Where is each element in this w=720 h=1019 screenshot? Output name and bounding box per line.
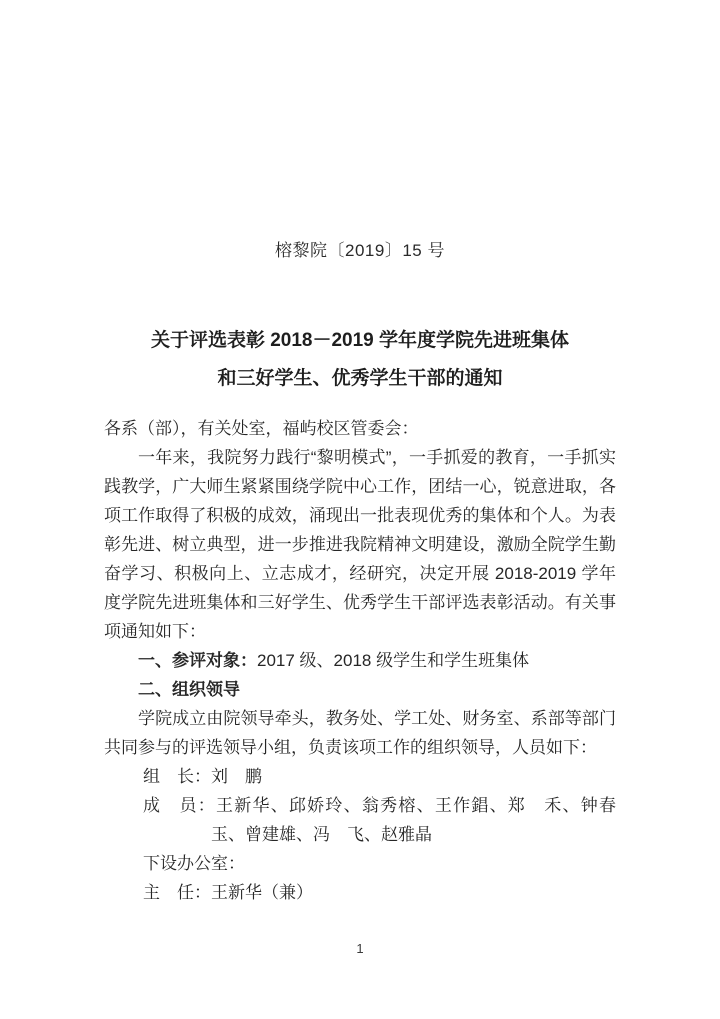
- director-name: 王新华（兼）: [211, 883, 313, 902]
- section-2-heading: 二、组织领导: [138, 680, 240, 699]
- leader-line: 组 长：刘 鹏: [104, 762, 616, 791]
- section-2-line: 二、组织领导: [104, 675, 616, 704]
- leader-label: 组 长：: [143, 767, 211, 786]
- members-label: 成 员：: [143, 796, 216, 815]
- document-body: 各系（部），有关处室，福屿校区管委会： 一年来，我院努力践行“黎明模式”，一手抓…: [104, 414, 616, 907]
- document-number: 榕黎院〔2019〕15 号: [0, 236, 720, 261]
- document-page: 榕黎院〔2019〕15 号 关于评选表彰 2018－2019 学年度学院先进班集…: [0, 0, 720, 1019]
- director-line: 主 任：王新华（兼）: [104, 878, 616, 907]
- organization-paragraph: 学院成立由院领导牵头，教务处、学工处、财务室、系部等部门共同参与的评选领导小组，…: [104, 704, 616, 762]
- salutation-line: 各系（部），有关处室，福屿校区管委会：: [104, 414, 616, 443]
- office-setup-line: 下设办公室：: [104, 849, 616, 878]
- section-1-text: 2017 级、2018 级学生和学生班集体: [257, 651, 529, 670]
- director-label: 主 任：: [143, 883, 211, 902]
- members-names: 王新华、邱娇玲、翁秀榕、王作錩、郑 禾、钟春玉、曾建雄、冯 飞、赵雅晶: [211, 796, 616, 844]
- section-1-line: 一、参评对象：2017 级、2018 级学生和学生班集体: [104, 646, 616, 675]
- document-title-line2: 和三好学生、优秀学生干部的通知: [104, 360, 616, 398]
- document-title-line1: 关于评选表彰 2018－2019 学年度学院先进班集体: [104, 322, 616, 360]
- leader-name: 刘 鹏: [211, 767, 262, 786]
- document-title: 关于评选表彰 2018－2019 学年度学院先进班集体 和三好学生、优秀学生干部…: [104, 322, 616, 398]
- intro-paragraph: 一年来，我院努力践行“黎明模式”，一手抓爱的教育，一手抓实践教学，广大师生紧紧围…: [104, 443, 616, 646]
- section-1-heading: 一、参评对象：: [138, 651, 257, 670]
- page-number: 1: [0, 941, 720, 956]
- members-line: 成 员：王新华、邱娇玲、翁秀榕、王作錩、郑 禾、钟春玉、曾建雄、冯 飞、赵雅晶: [104, 791, 616, 849]
